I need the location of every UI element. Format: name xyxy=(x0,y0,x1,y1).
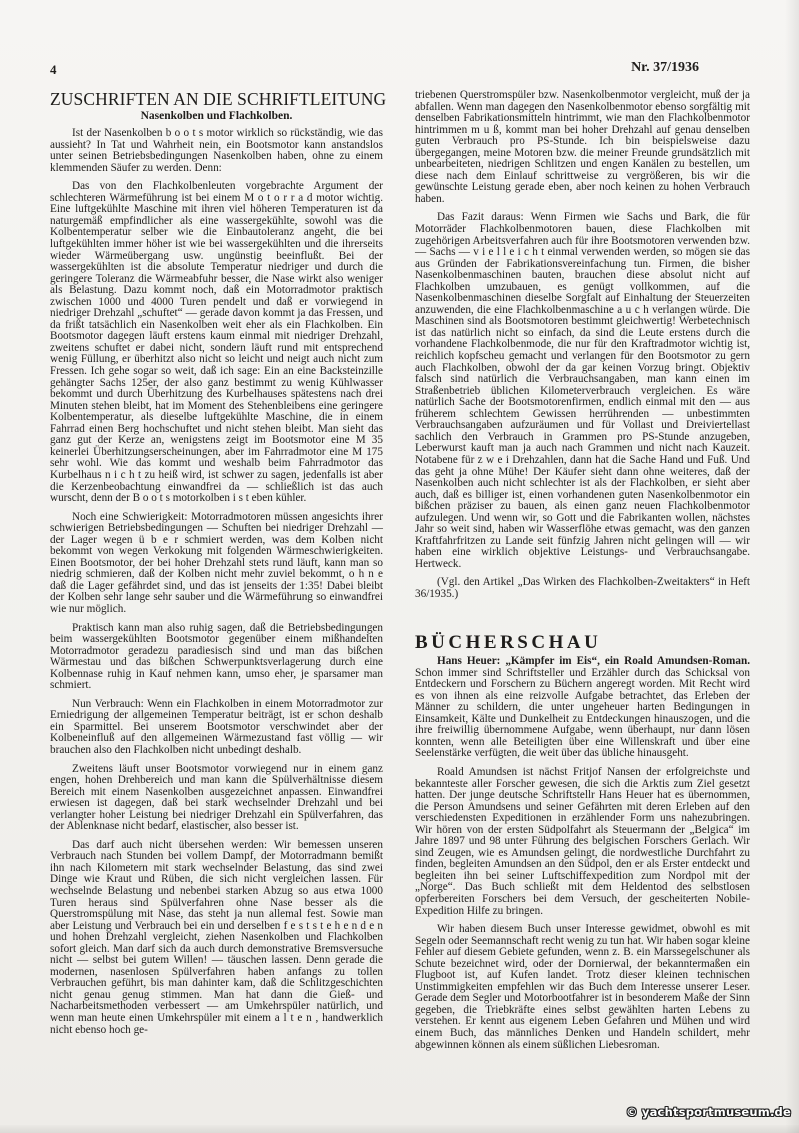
letter-paragraph: Zweitens läuft unser Bootsmotor vorwiege… xyxy=(50,764,383,833)
page-number: 4 xyxy=(50,62,57,78)
letter-paragraph: Noch eine Schwierigkeit: Motorradmotoren… xyxy=(50,512,383,616)
book-review-paragraph: Hans Heuer: „Kämpfer im Eis“, ein Roald … xyxy=(415,656,750,760)
letter-subtitle: Nasenkolben und Flachkolben. xyxy=(50,111,383,123)
book-review-heading: Hans Heuer: „Kämpfer im Eis“, ein Roald … xyxy=(437,655,750,667)
letter-paragraph-continued: triebenen Querstromspüler bzw. Nasenkolb… xyxy=(415,90,750,205)
letter-paragraph: Ist der Nasenkolben b o o t s motor wirk… xyxy=(50,128,383,174)
book-review-section-title: BÜCHERSCHAU xyxy=(415,637,750,649)
book-review-paragraph: Roald Amundsen ist nächst Fritjof Nansen… xyxy=(415,767,750,917)
letters-section-title: ZUSCHRIFTEN AN DIE SCHRIFTLEITUNG xyxy=(50,90,383,106)
issue-number: Nr. 37/1936 xyxy=(631,60,699,76)
book-review-text: Schon immer sind Schriftsteller und Erzä… xyxy=(415,667,750,760)
page-bottom-edge xyxy=(0,1125,799,1133)
letter-paragraph: Das von den Flachkolbenleuten vorgebrach… xyxy=(50,181,383,504)
letter-paragraph: Praktisch kann man also ruhig sagen, daß… xyxy=(50,623,383,692)
copyright-watermark: © yachtsportmuseum.de xyxy=(626,1105,791,1119)
letter-paragraph: Das Fazit daraus: Wenn Firmen wie Sachs … xyxy=(415,212,750,570)
letter-paragraph: Nun Verbrauch: Wenn ein Flachkolben in e… xyxy=(50,699,383,757)
letter-paragraph: Das darf auch nicht übersehen werden: Wi… xyxy=(50,840,383,1036)
letter-reference: (Vgl. den Artikel „Das Wirken des Flachk… xyxy=(415,577,750,600)
book-review-paragraph: Wir haben diesem Buch unser Interesse ge… xyxy=(415,924,750,1051)
magazine-page: 4 Nr. 37/1936 ZUSCHRIFTEN AN DIE SCHRIFT… xyxy=(0,0,799,1133)
left-column: ZUSCHRIFTEN AN DIE SCHRIFTLEITUNG Nasenk… xyxy=(50,90,383,1043)
right-column: triebenen Querstromspüler bzw. Nasenkolb… xyxy=(415,90,750,1058)
